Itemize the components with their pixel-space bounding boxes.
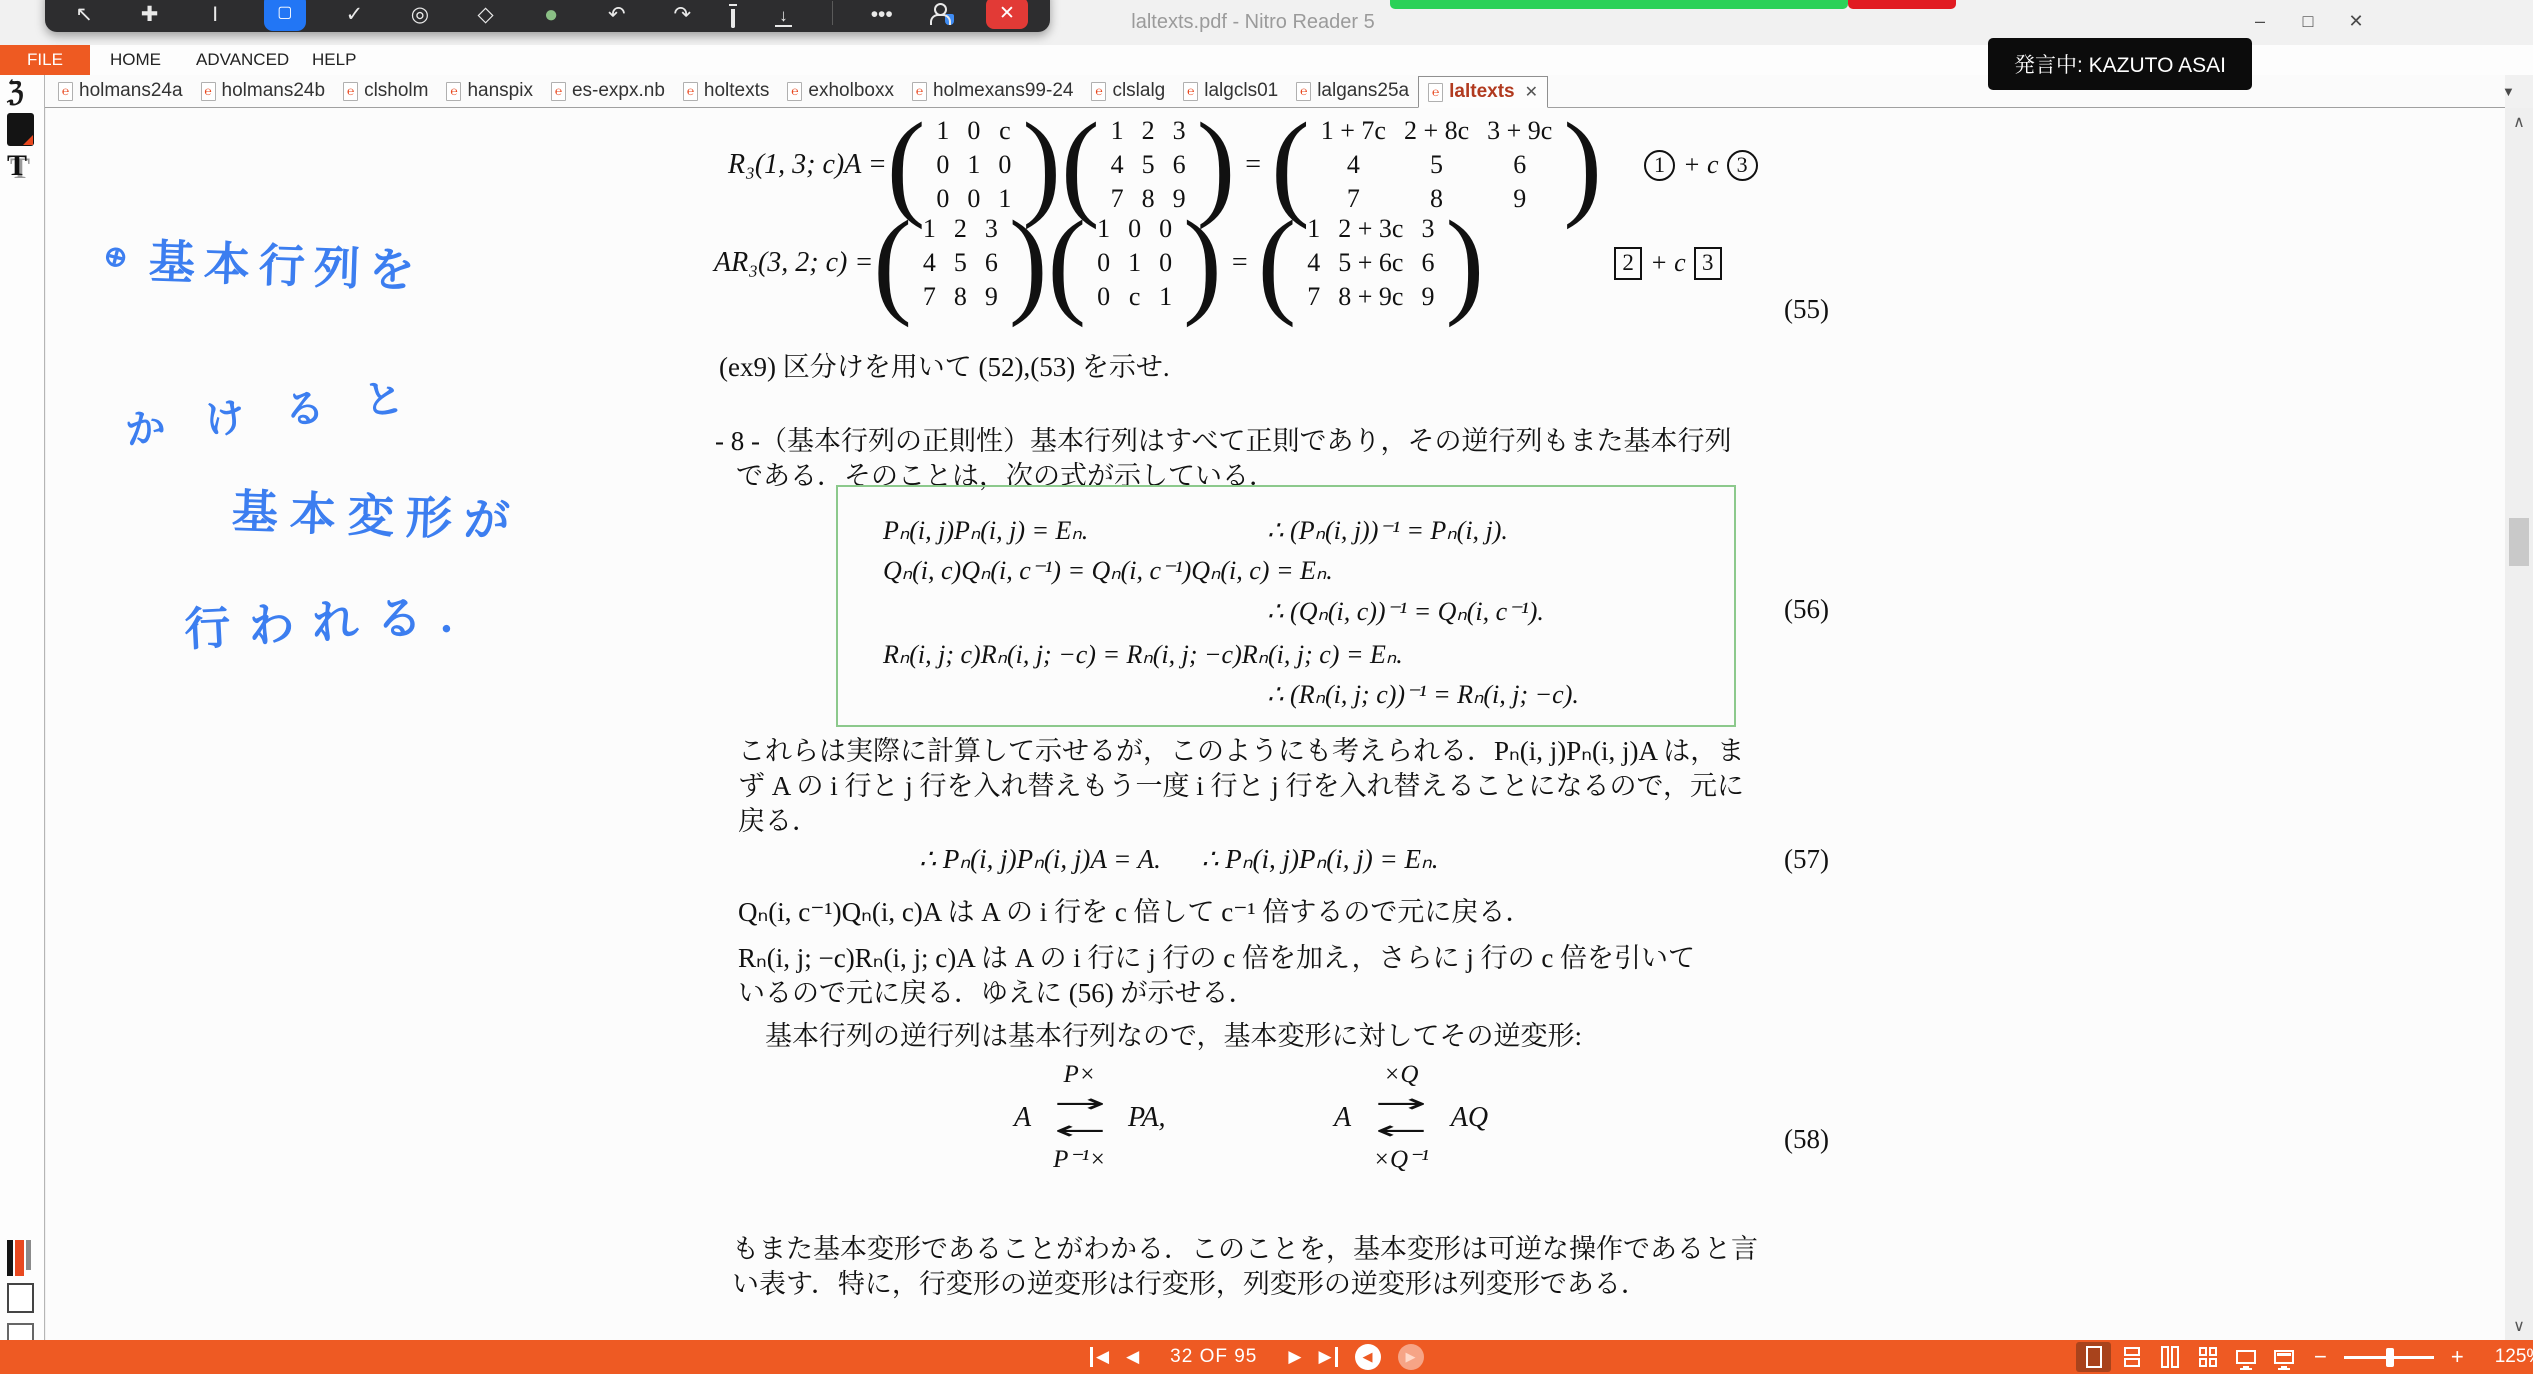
matrix-cell: 5 <box>1133 148 1164 182</box>
equation-number: (56) <box>1749 594 1829 625</box>
matrix-cell: 0 <box>927 148 958 182</box>
tab-holtexts[interactable]: ℮holtexts <box>674 75 778 107</box>
document-text-line: これらは実際に計算して示せるが，このようにも考えられる．Pₙ(i, j)Pₙ(i… <box>738 729 1744 768</box>
equation-number: (57) <box>1749 844 1829 875</box>
history-forward-button[interactable]: ▶ <box>1398 1344 1424 1370</box>
matrix-cell: 1 <box>1102 114 1133 148</box>
fit-width-view-icon[interactable] <box>2266 1342 2301 1372</box>
matrix-cell: 2 <box>1133 114 1164 148</box>
paren-close-icon: ) <box>1563 114 1602 216</box>
matrix: (12 + 3c345 + 6c678 + 9c9) <box>1258 212 1484 314</box>
outline-panel-icon[interactable] <box>7 1283 34 1313</box>
paren-close-icon: ) <box>1183 212 1222 314</box>
matrix-cell: 3 + 9c <box>1478 114 1561 148</box>
tag-operator: + c <box>1650 248 1686 278</box>
matrix-cell: 7 <box>1102 182 1133 216</box>
matrix-cell: 0 <box>1088 280 1119 314</box>
matrix-cell: 4 <box>1298 246 1329 280</box>
transform-diagram-right: A ×Q → ← ×Q⁻¹ AQ <box>1334 1060 1488 1175</box>
window-title: laltexts.pdf - Nitro Reader 5 <box>1093 11 1413 34</box>
matrix-cell: 1 <box>1150 280 1181 314</box>
tab-label: lalgcls01 <box>1204 80 1278 102</box>
tab-label: holmexans99-24 <box>933 80 1073 102</box>
menu-help[interactable]: HELP <box>312 45 356 75</box>
maximize-button[interactable]: □ <box>2288 6 2328 36</box>
pdf-file-icon: ℮ <box>787 82 802 101</box>
single-page-view-icon[interactable] <box>2076 1342 2111 1372</box>
bookmarks-panel-icon[interactable] <box>7 1240 31 1276</box>
matrix-cell: 4 <box>1312 148 1395 182</box>
first-page-button[interactable]: ◀ <box>1090 1347 1109 1367</box>
left-arrow-icon: ← <box>1375 1118 1427 1144</box>
tab-hanspix[interactable]: ℮hanspix <box>437 75 542 107</box>
next-page-button[interactable]: ▶ <box>1288 1347 1301 1367</box>
matrix-cell: 2 + 3c <box>1329 212 1412 246</box>
zoom-slider-handle[interactable] <box>2386 1348 2394 1367</box>
pdf-file-icon: ℮ <box>343 82 358 101</box>
matrix-cell: 0 <box>1119 212 1150 246</box>
matrix-cell: 0 <box>989 148 1020 182</box>
matrix-cell: 6 <box>1478 148 1561 182</box>
matrix-cell: 8 + 9c <box>1329 280 1412 314</box>
eraser-tool-icon[interactable]: ◇ <box>469 3 503 27</box>
tab-close-icon[interactable]: ✕ <box>1525 82 1538 102</box>
matrix-cell: 9 <box>1412 280 1443 314</box>
pdf-file-icon: ℮ <box>912 82 927 101</box>
tab-holmans24b[interactable]: ℮holmans24b <box>192 75 335 107</box>
screenshare-active-bar <box>1390 0 1848 9</box>
equals-sign: = <box>1222 247 1258 279</box>
underline-glyph <box>775 25 792 27</box>
color-swatch-icon[interactable]: ● <box>534 3 568 27</box>
matrix-cell: 4 <box>914 246 945 280</box>
pdf-page-canvas: ⊕ 基本行列を かけると 基本変形が 行われる. R₃(1, 3; c)A = … <box>46 108 2505 1340</box>
equation-57: ∴ Pₙ(i, j)Pₙ(i, j)A = A. ∴ Pₙ(i, j)Pₙ(i,… <box>919 844 1439 875</box>
tab-label: hanspix <box>467 80 533 102</box>
pages-panel-icon[interactable]: ℨ <box>7 77 24 108</box>
screenshare-stop-bar[interactable] <box>1848 0 1956 9</box>
matrix-cell: 3 <box>1412 212 1443 246</box>
matrix-cell: 7 <box>1298 280 1329 314</box>
pdf-file-icon: ℮ <box>201 82 216 101</box>
pdf-file-icon: ℮ <box>1428 83 1443 102</box>
handwriting-line: かけると <box>122 361 447 457</box>
trash-icon[interactable] <box>731 9 735 27</box>
pdf-file-icon: ℮ <box>1091 82 1106 101</box>
edit-note-panel-icon[interactable] <box>7 113 34 146</box>
boxed-equation-line: Pₙ(i, j)Pₙ(i, j) = Eₙ. <box>883 516 1088 546</box>
matrix-cell: 3 <box>1164 114 1195 148</box>
matrix-cell: 1 <box>1088 212 1119 246</box>
matrix-cell: 5 + 6c <box>1329 246 1412 280</box>
arrow-stack: ×Q → ← ×Q⁻¹ <box>1373 1060 1429 1175</box>
matrix-cell: c <box>1119 280 1150 314</box>
fit-screen-view-icon[interactable] <box>2228 1342 2263 1372</box>
matrix-cell: 1 <box>958 148 989 182</box>
matrix-cell: 6 <box>976 246 1007 280</box>
arrow-stack: P× → ← P⁻¹× <box>1053 1060 1106 1175</box>
facing-pages-view-icon[interactable] <box>2152 1342 2187 1372</box>
handwriting-line: 基本変形が <box>231 475 523 551</box>
matrix-cell: 9 <box>976 280 1007 314</box>
page-navigation: ◀ ◀ 32 OF 95 ▶ ▶ ◀ ▶ <box>1090 1340 1424 1374</box>
matrix-letter: A <box>1334 1102 1351 1134</box>
tab-label: holmans24a <box>79 80 183 102</box>
matrix-cell: 0 <box>958 114 989 148</box>
tab-holmans24a[interactable]: ℮holmans24a <box>49 75 192 107</box>
boxed-equation-line: ∴ (Rₙ(i, j; c))⁻¹ = Rₙ(i, j; −c). <box>1267 680 1579 710</box>
document-text-line: (ex9) 区分けを用いて (52),(53) を示せ. <box>719 345 1170 384</box>
scrollbar-thumb[interactable] <box>2509 518 2529 566</box>
right-arrow-icon: → <box>1375 1091 1427 1117</box>
matrix-cell: 1 <box>914 212 945 246</box>
arrow-top-label: P× <box>1063 1060 1095 1090</box>
zoom-out-button[interactable]: − <box>2304 1344 2337 1370</box>
pdf-file-icon: ℮ <box>683 82 698 101</box>
tab-overflow-icon[interactable]: ▼ <box>2502 84 2515 99</box>
boxed-equation-line: ∴ (Qₙ(i, c))⁻¹ = Qₙ(i, c⁻¹). <box>1267 597 1544 627</box>
matrix-cell: 0 <box>1088 246 1119 280</box>
more-options-icon[interactable]: ••• <box>865 3 899 27</box>
matrix-cell: 7 <box>914 280 945 314</box>
zoom-slider[interactable] <box>2344 1356 2434 1359</box>
tab-label: clsholm <box>364 80 428 102</box>
result-term: PA, <box>1128 1102 1166 1134</box>
handwriting-line: 行われる. <box>182 579 471 660</box>
document-text-line: ず A の i 行と j 行を入れ替えもう一度 i 行と j 行を入れ替えること… <box>738 764 1744 803</box>
matrix-cell: 8 <box>945 280 976 314</box>
matrix-cell: 0 <box>1150 212 1181 246</box>
matrix-cell: c <box>989 114 1020 148</box>
pdf-file-icon: ℮ <box>58 82 73 101</box>
matrix-cell: 4 <box>1102 148 1133 182</box>
matrix-cell: 0 <box>958 182 989 216</box>
row-operation-tag: 1 + c 3 <box>1644 150 1758 181</box>
matrix-cell: 2 + 8c <box>1395 114 1478 148</box>
highlight-box-56: Pₙ(i, j)Pₙ(i, j) = Eₙ. ∴ (Pₙ(i, j))⁻¹ = … <box>836 485 1736 727</box>
pdf-file-icon: ℮ <box>551 82 566 101</box>
tab-label: holtexts <box>704 80 769 102</box>
left-panel-strip: ℨ T <box>0 75 45 1340</box>
undo-icon[interactable]: ↶ <box>600 3 634 27</box>
equals-sign: = <box>1235 149 1271 181</box>
save-download-icon[interactable]: ↓ <box>767 8 801 27</box>
pdf-file-icon: ℮ <box>1183 82 1198 101</box>
row-operation-tag: 2 + c 3 <box>1614 247 1722 280</box>
redo-icon[interactable]: ↷ <box>665 3 699 27</box>
check-tool-icon[interactable]: ✓ <box>337 3 371 27</box>
tab-clsholm[interactable]: ℮clsholm <box>334 75 437 107</box>
tab-label: holmans24b <box>222 80 326 102</box>
tab-exholboxx[interactable]: ℮exholboxx <box>778 75 903 107</box>
close-window-button[interactable]: ✕ <box>2336 6 2376 36</box>
document-text-line: いるので元に戻る．ゆえに (56) が示せる． <box>738 971 1255 1010</box>
arrow-bottom-label: P⁻¹× <box>1053 1145 1106 1175</box>
matrix: (1 + 7c2 + 8c3 + 9c456789) <box>1271 114 1602 216</box>
grid-view-icon[interactable] <box>2190 1342 2225 1372</box>
text-panel-icon[interactable]: T <box>7 149 27 183</box>
tab-label: laltexts <box>1449 81 1514 103</box>
matrix-cell: 8 <box>1133 182 1164 216</box>
file-menu-button[interactable]: FILE <box>0 45 90 75</box>
matrix-cell: 1 <box>1298 212 1329 246</box>
document-text-line: 戻る． <box>738 799 819 838</box>
app-window: laltexts.pdf - Nitro Reader 5 – □ ✕ ↖ ✚ … <box>0 0 2533 1374</box>
handwriting-mark: ⊕ <box>100 238 131 277</box>
pdf-file-icon: ℮ <box>1296 82 1311 101</box>
paren-open-icon: ( <box>873 212 912 314</box>
matrix-letter: A <box>1014 1102 1031 1134</box>
equation-number: (58) <box>1749 1124 1829 1155</box>
paren-close-icon: ) <box>1009 212 1048 314</box>
down-arrow-glyph: ↓ <box>779 8 788 23</box>
menu-home[interactable]: HOME <box>110 45 161 75</box>
rectangle-tool-icon-active[interactable]: ▢ <box>264 0 306 31</box>
select-tool-icon[interactable]: ↖ <box>67 3 101 27</box>
matrix: (123456789) <box>873 212 1047 314</box>
shield-icon <box>945 14 954 25</box>
matrix-cell: 5 <box>1395 148 1478 182</box>
close-overlay-button[interactable]: ✕ <box>986 0 1028 29</box>
right-arrow-icon: → <box>1053 1091 1105 1117</box>
tab-laltexts-active[interactable]: ℮laltexts✕ <box>1418 76 1548 108</box>
boxed-equation-line: Qₙ(i, c)Qₙ(i, c⁻¹) = Qₙ(i, c⁻¹)Qₙ(i, c) … <box>883 556 1333 586</box>
boxed-equation-line: ∴ (Pₙ(i, j))⁻¹ = Pₙ(i, j). <box>1267 516 1508 546</box>
matrix: (1000100c1) <box>1048 212 1222 314</box>
continuous-view-icon[interactable] <box>2114 1342 2149 1372</box>
paren-open-icon: ( <box>1258 212 1297 314</box>
matrix-cell: 2 <box>945 212 976 246</box>
matrix-cell: 1 <box>927 114 958 148</box>
tab-label: exholboxx <box>808 80 894 102</box>
eq-lhs: AR₃(3, 2; c) = <box>714 247 873 279</box>
pdf-file-icon: ℮ <box>446 82 461 101</box>
tab-label: lalgans25a <box>1317 80 1409 102</box>
document-text-line: もまた基本変形であることがわかる．このことを，基本変形は可逆な操作であると言 <box>732 1227 1758 1266</box>
matrix-cell: 5 <box>945 246 976 280</box>
zoom-in-button[interactable]: + <box>2441 1344 2474 1370</box>
equation-number: (55) <box>1749 294 1829 325</box>
page-number-indicator[interactable]: 32 OF 95 <box>1156 1346 1271 1368</box>
tab-es-expx-nb[interactable]: ℮es-expx.nb <box>542 75 674 107</box>
equation-55-row2: AR₃(3, 2; c) = (123456789) (1000100c1) =… <box>714 212 1722 314</box>
history-back-button[interactable]: ◀ <box>1355 1344 1381 1370</box>
left-arrow-icon: ← <box>1053 1118 1105 1144</box>
boxed-number: 3 <box>1694 247 1722 280</box>
bottom-toolbar: ◀ ◀ 32 OF 95 ▶ ▶ ◀ ▶ − + 125% <box>0 1340 2533 1374</box>
zoom-level-label: 125% <box>2495 1346 2533 1368</box>
move-tool-icon[interactable]: ✚ <box>133 3 167 27</box>
tab-label: clslalg <box>1112 80 1165 102</box>
matrix-cell: 1 <box>1119 246 1150 280</box>
annotation-overlay-toolbar: ↖ ✚ I ▢ ✓ ◎ ◇ ● ↶ ↷ ↓ ••• ✕ <box>45 0 1050 32</box>
trash-glyph <box>731 9 735 28</box>
matrix-cell: 6 <box>1412 246 1443 280</box>
arrow-bottom-label: ×Q⁻¹ <box>1373 1145 1429 1175</box>
section-heading-line: - 8 -（基本行列の正則性）基本行列はすべて正則であり，その逆行列もまた基本行… <box>715 419 1731 458</box>
document-text-line: 基本行列の逆行列は基本行列なので，基本変形に対してその逆変形: <box>765 1014 1582 1053</box>
speaking-indicator-banner: 発言中: KAZUTO ASAI <box>1988 38 2252 90</box>
tag-operator: + c <box>1683 150 1719 180</box>
boxed-equation-line: Rₙ(i, j; c)Rₙ(i, j; −c) = Rₙ(i, j; −c)Rₙ… <box>883 640 1403 670</box>
minimize-button[interactable]: – <box>2240 6 2280 36</box>
scroll-down-icon[interactable]: ∨ <box>2505 1316 2533 1336</box>
matrix-cell: 6 <box>1164 148 1195 182</box>
result-term: AQ <box>1451 1102 1488 1134</box>
vertical-scrollbar[interactable] <box>2505 108 2533 1340</box>
document-text-line: Qₙ(i, c⁻¹)Qₙ(i, c)A は A の i 行を c 倍して c⁻¹… <box>738 890 1532 929</box>
matrix-cell: 1 + 7c <box>1312 114 1395 148</box>
tab-label: es-expx.nb <box>572 80 665 102</box>
arrow-top-label: ×Q <box>1383 1060 1418 1090</box>
transform-diagram-left: A P× → ← P⁻¹× PA, <box>1014 1060 1166 1175</box>
circled-number: 3 <box>1727 150 1758 181</box>
document-text-line: い表す．特に，行変形の逆変形は行変形，列変形の逆変形は列変形である． <box>732 1262 1648 1301</box>
matrix-cell: 0 <box>1150 246 1181 280</box>
last-page-button[interactable]: ▶ <box>1318 1347 1337 1367</box>
handwriting-line: 基本行列を <box>148 225 425 301</box>
matrix-cell: 7 <box>1312 182 1395 216</box>
previous-page-button[interactable]: ◀ <box>1126 1347 1139 1367</box>
eq-lhs: R₃(1, 3; c)A = <box>728 149 887 181</box>
circled-number: 1 <box>1644 150 1675 181</box>
user-privacy-icon[interactable] <box>930 3 954 25</box>
matrix-cell: 3 <box>976 212 1007 246</box>
scroll-up-icon[interactable]: ∧ <box>2505 112 2533 132</box>
document-text-line: Rₙ(i, j; −c)Rₙ(i, j; c)A は A の i 行に j 行の… <box>738 936 1695 975</box>
matrix-cell: 0 <box>927 182 958 216</box>
text-tool-icon[interactable]: I <box>198 3 232 27</box>
laser-pointer-icon[interactable]: ◎ <box>403 3 437 27</box>
paren-open-icon: ( <box>1048 212 1087 314</box>
menu-advanced[interactable]: ADVANCED <box>196 45 289 75</box>
matrix-cell: 9 <box>1478 182 1561 216</box>
boxed-number: 2 <box>1614 247 1642 280</box>
toolbar-separator <box>832 1 833 25</box>
view-zoom-controls: − + 125% <box>2076 1340 2533 1374</box>
paren-close-icon: ) <box>1445 212 1484 314</box>
